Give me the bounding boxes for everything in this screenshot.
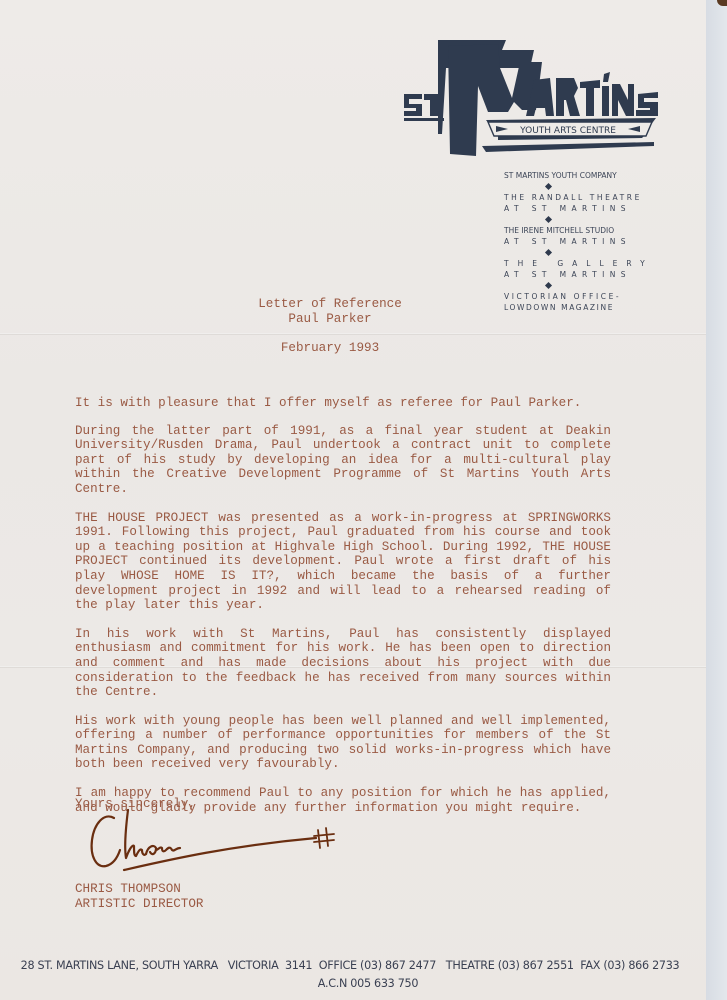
letter-subject: Paul Parker <box>230 312 430 327</box>
venue-name: VICTORIAN OFFICE- <box>504 291 634 302</box>
venue-item: THE IRENE MITCHELL STUDIO AT ST MARTINS <box>504 225 634 247</box>
paragraph: His work with young people has been well… <box>75 714 611 772</box>
paragraph: THE HOUSE PROJECT was presented as a wor… <box>75 511 611 613</box>
venue-item: ST MARTINS YOUTH COMPANY <box>504 170 634 181</box>
st-martins-logo: YOUTH ARTS CENTRE <box>402 38 660 156</box>
signer-title: ARTISTIC DIRECTOR <box>75 897 203 912</box>
venue-item: VICTORIAN OFFICE- LOWDOWN MAGAZINE <box>504 291 634 313</box>
venue-name: ST MARTINS YOUTH COMPANY <box>504 170 634 181</box>
diamond-bullet-icon <box>545 216 552 223</box>
signer-block: CHRIS THOMPSON ARTISTIC DIRECTOR <box>75 882 203 911</box>
letter-page: YOUTH ARTS CENTRE ST MARTINS YOUTH COMPA… <box>0 0 706 1000</box>
diamond-bullet-icon <box>545 282 552 289</box>
signature-icon <box>88 806 338 886</box>
venue-location: LOWDOWN MAGAZINE <box>504 302 634 313</box>
venue-name: THE IRENE MITCHELL STUDIO <box>504 225 634 236</box>
venue-name: THE GALLERY <box>504 258 634 269</box>
venue-location: AT ST MARTINS <box>504 203 634 214</box>
venue-item: THE GALLERY AT ST MARTINS <box>504 258 634 280</box>
venue-location: AT ST MARTINS <box>504 236 634 247</box>
footer-address: 28 ST. MARTINS LANE, SOUTH YARRA VICTORI… <box>10 959 690 972</box>
signer-name: CHRIS THOMPSON <box>75 882 203 897</box>
venue-location: AT ST MARTINS <box>504 269 634 280</box>
scanner-background <box>706 0 727 1000</box>
logo-subtitle: YOUTH ARTS CENTRE <box>519 126 616 136</box>
paragraph: During the latter part of 1991, as a fin… <box>75 424 611 497</box>
paper-fold-line <box>0 333 706 335</box>
page-corner <box>717 0 727 6</box>
letter-heading: Letter of Reference Paul Parker <box>230 297 430 326</box>
paragraph: It is with pleasure that I offer myself … <box>75 396 611 411</box>
venue-name: THE RANDALL THEATRE <box>504 192 634 203</box>
paragraph: In his work with St Martins, Paul has co… <box>75 627 611 700</box>
letter-title: Letter of Reference <box>230 297 430 312</box>
letter-body: It is with pleasure that I offer myself … <box>75 396 611 829</box>
letter-date: February 1993 <box>230 341 430 356</box>
diamond-bullet-icon <box>545 249 552 256</box>
venues-list: ST MARTINS YOUTH COMPANY THE RANDALL THE… <box>504 170 634 313</box>
footer-acn: A.C.N 005 633 750 <box>15 977 721 990</box>
venue-item: THE RANDALL THEATRE AT ST MARTINS <box>504 192 634 214</box>
diamond-bullet-icon <box>545 183 552 190</box>
